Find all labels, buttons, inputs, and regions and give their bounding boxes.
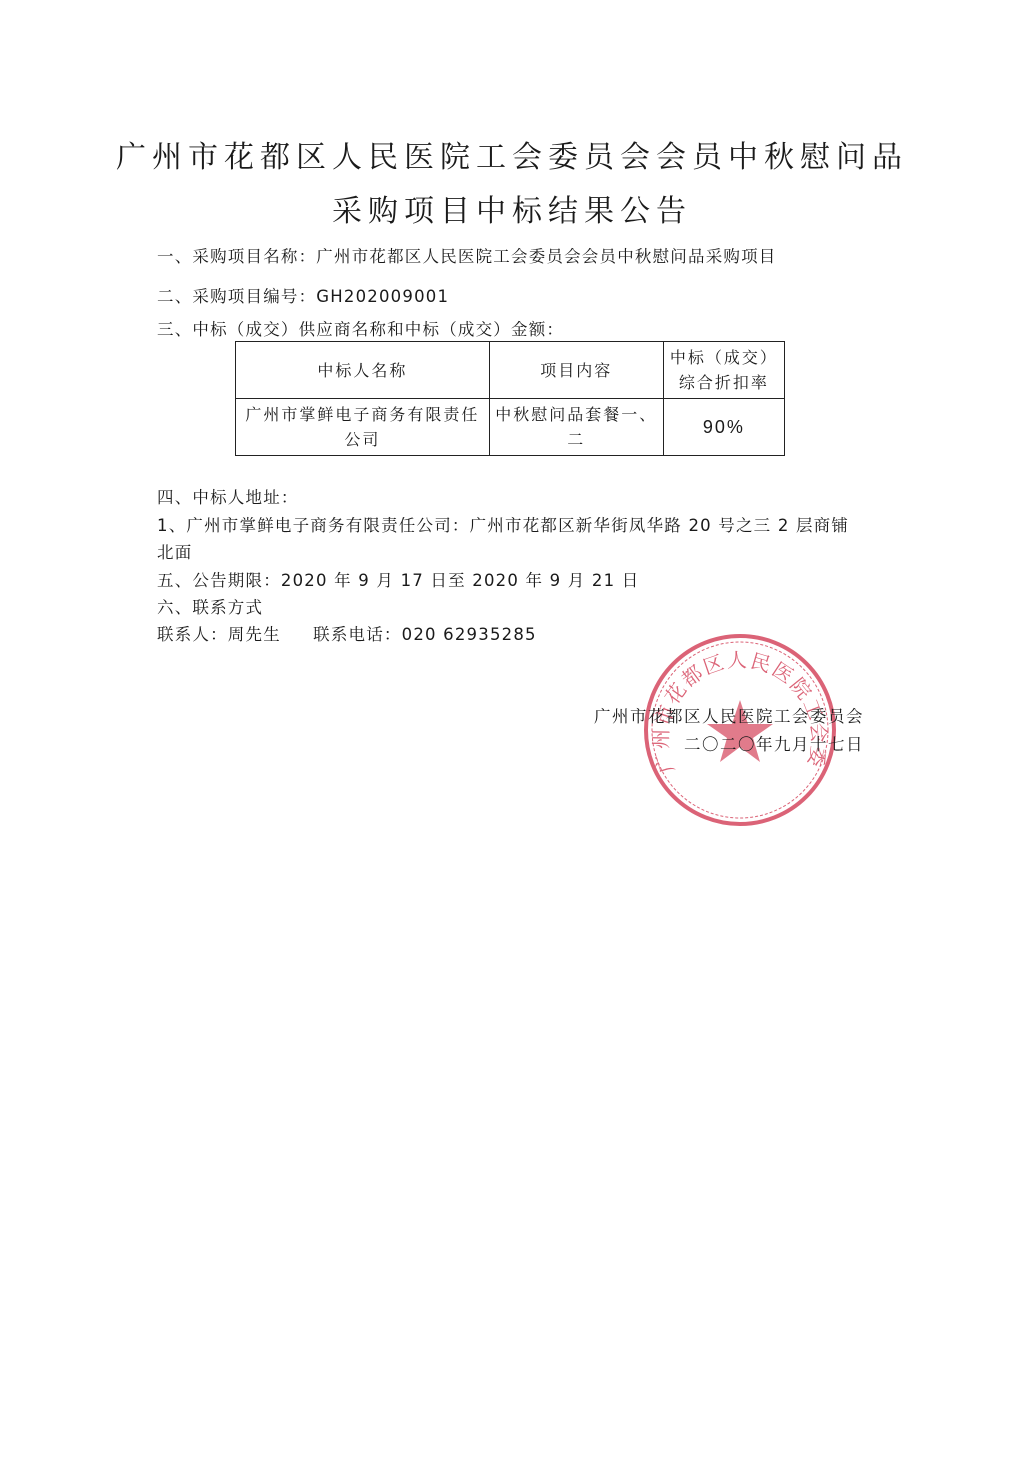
- address-line2: 北面: [157, 539, 192, 563]
- project-name: 一、采购项目名称：广州市花都区人民医院工会委员会会员中秋慰问品采购项目: [157, 243, 777, 267]
- contact-line: 联系人：周先生 联系电话：020 62935285: [157, 621, 537, 645]
- header-rate-line1: 中标（成交）: [666, 345, 782, 370]
- announcement-period: 五、公告期限：2020 年 9 月 17 日至 2020 年 9 月 21 日: [157, 567, 639, 591]
- supplier-heading: 三、中标（成交）供应商名称和中标（成交）金额：: [157, 316, 564, 340]
- content-line1: 中秋慰问品套餐一、: [492, 402, 661, 427]
- signature-date: 二〇二〇年九月十七日: [684, 731, 864, 755]
- table-header-row: 中标人名称 项目内容 中标（成交） 综合折扣率: [236, 342, 785, 399]
- award-table: 中标人名称 项目内容 中标（成交） 综合折扣率 广州市掌鲜电子商务有限责任 公司…: [235, 341, 785, 456]
- cell-discount-rate: 90%: [663, 399, 784, 456]
- contact-heading: 六、联系方式: [157, 594, 263, 618]
- header-project-content: 项目内容: [489, 342, 663, 399]
- header-rate-line2: 综合折扣率: [666, 370, 782, 395]
- header-winner-name: 中标人名称: [236, 342, 490, 399]
- cell-project-content: 中秋慰问品套餐一、 二: [489, 399, 663, 456]
- table-row: 广州市掌鲜电子商务有限责任 公司 中秋慰问品套餐一、 二 90%: [236, 399, 785, 456]
- winner-name-line2: 公司: [238, 427, 487, 452]
- address-line1: 1、广州市掌鲜电子商务有限责任公司：广州市花都区新华街凤华路 20 号之三 2 …: [157, 512, 849, 536]
- cell-winner-name: 广州市掌鲜电子商务有限责任 公司: [236, 399, 490, 456]
- winner-name-line1: 广州市掌鲜电子商务有限责任: [238, 402, 487, 427]
- document-title-line2: 采购项目中标结果公告: [0, 186, 1024, 230]
- official-seal-icon: 广州市花都区人民医院工会委员会: [640, 630, 840, 830]
- document-title-line1: 广州市花都区人民医院工会委员会会员中秋慰问品: [0, 132, 1024, 176]
- address-heading: 四、中标人地址：: [157, 484, 299, 508]
- signature-organization: 广州市花都区人民医院工会委员会: [594, 703, 864, 727]
- header-discount-rate: 中标（成交） 综合折扣率: [663, 342, 784, 399]
- project-number: 二、采购项目编号：GH202009001: [157, 283, 449, 307]
- content-line2: 二: [492, 427, 661, 452]
